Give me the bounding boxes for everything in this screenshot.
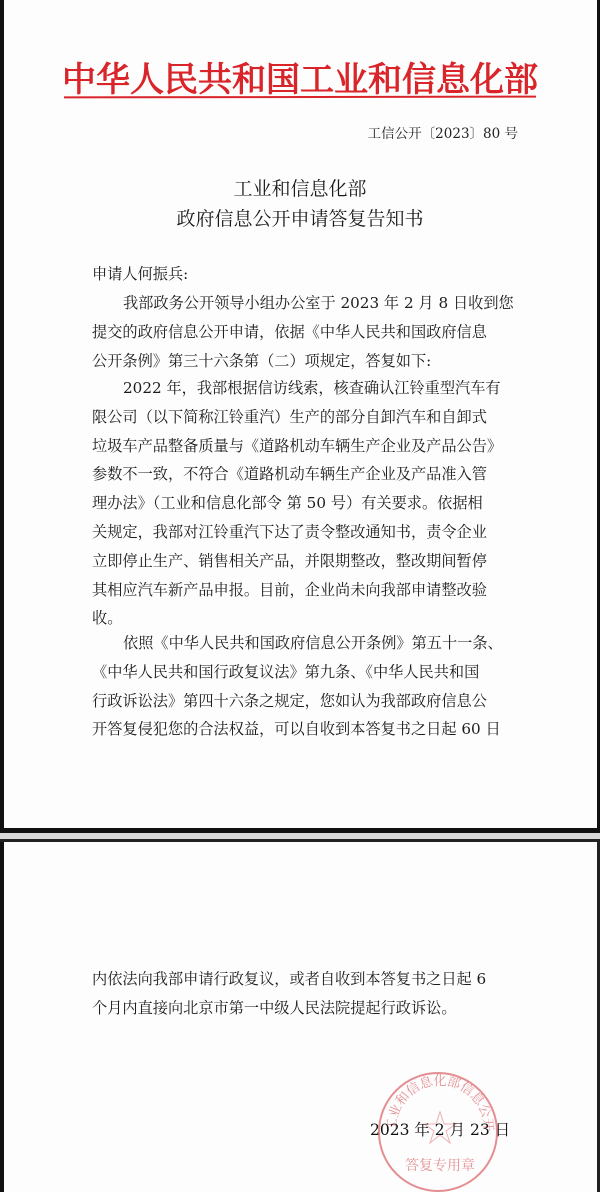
salutation: 申请人何振兵: — [92, 260, 512, 289]
paragraph-line: 提交的政府信息公开申请，依据《中华人民共和国政府信息 — [92, 318, 512, 347]
page-separator — [0, 828, 600, 842]
paragraph-line: 行政诉讼法》第四十六条之规定，您如认为我部政府信息公 — [92, 687, 512, 716]
salutation-text: 申请人何振兵: — [92, 260, 512, 289]
paragraph-2: 2022 年，我部根据信访线索，核查确认江铃重型汽车有 限公司（以下简称江铃重汽… — [92, 374, 512, 633]
paragraph-line: 内依法向我部申请行政复议，或者自收到本答复书之日起 6 — [92, 965, 512, 994]
paragraph-line: 立即停止生产、销售相关产品，并限期整改，整改期间暂停 — [92, 547, 512, 576]
seal-inner-text: 答复专用章 — [405, 1157, 475, 1174]
paragraph-line: 其相应汽车新产品申报。目前，企业尚未向我部申请整改验 — [92, 576, 512, 605]
paragraph-3-continued: 内依法向我部申请行政复议，或者自收到本答复书之日起 6 个月内直接向北京市第一中… — [92, 965, 512, 1023]
paragraph-line: 依照《中华人民共和国政府信息公开条例》第五十一条、 — [92, 629, 512, 658]
document-title-line-1: 工业和信息化部 — [0, 174, 600, 201]
masthead-title: 中华人民共和国工业和信息化部 — [60, 52, 540, 101]
paragraph-line: 开答复侵犯您的合法权益，可以自收到本答复书之日起 60 日 — [92, 715, 512, 744]
paragraph-line: 关规定，我部对江铃重汽下达了责令整改通知书，责令企业 — [92, 518, 512, 547]
document-number: 工信公开〔2023〕80 号 — [368, 122, 518, 142]
paragraph-line: 限公司（以下简称江铃重汽）生产的部分自卸汽车和自卸式 — [92, 403, 512, 432]
paragraph-3: 依照《中华人民共和国政府信息公开条例》第五十一条、 《中华人民共和国行政复议法》… — [92, 629, 512, 744]
document-title-line-2: 政府信息公开申请答复告知书 — [0, 204, 600, 231]
paragraph-line: 个月内直接向北京市第一中级人民法院提起行政诉讼。 — [92, 994, 512, 1023]
paragraph-line: 参数不一致，不符合《道路机动车辆生产企业及产品准入管 — [92, 460, 512, 489]
paragraph-line: 公开条例》第三十六条第（二）项规定，答复如下: — [92, 347, 512, 376]
paragraph-line: 2022 年，我部根据信访线索，核查确认江铃重型汽车有 — [92, 374, 512, 403]
paragraph-line: 垃圾车产品整备质量与《道路机动车辆生产企业及产品公告》 — [92, 432, 512, 461]
signature-date: 2023 年 2 月 23 日 — [370, 1118, 510, 1140]
paragraph-line: 《中华人民共和国行政复议法》第九条、《中华人民共和国 — [92, 658, 512, 687]
paragraph-line: 理办法》（工业和信息化部令 第 50 号）有关要求。依据相 — [92, 489, 512, 518]
paragraph-line: 我部政务公开领导小组办公室于 2023 年 2 月 8 日收到您 — [92, 289, 512, 318]
paragraph-1: 我部政务公开领导小组办公室于 2023 年 2 月 8 日收到您 提交的政府信息… — [92, 289, 512, 375]
